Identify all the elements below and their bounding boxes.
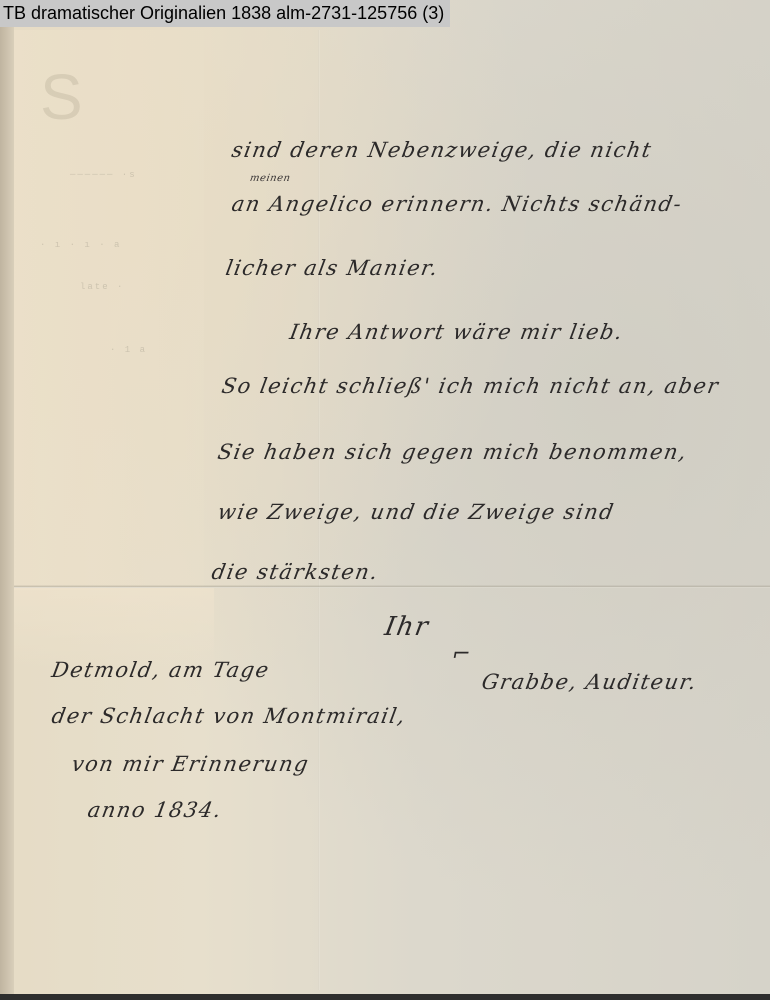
bleed-through-text: ────── ·s — [70, 170, 137, 180]
watermark-letter: S — [40, 60, 83, 134]
place-date-line-4: anno 1834. — [86, 798, 224, 822]
bleed-through-text: · 1 a — [110, 345, 147, 355]
letter-line-6: Sie haben sich gegen mich benommen, — [216, 440, 690, 464]
letter-line-2: an Angelico erinnern. Nichts schänd- — [230, 192, 685, 216]
window-title: TB dramatischer Originalien 1838 alm-273… — [0, 0, 450, 27]
paper-discoloration-lower — [14, 588, 214, 668]
scanned-letter-page: S ────── ·s · ı · ı · a late · · 1 a sin… — [0, 0, 770, 1000]
scan-bottom-edge — [0, 994, 770, 1000]
place-date-line-1: Detmold, am Tage — [50, 658, 272, 682]
bleed-through-text: · ı · ı · a — [40, 240, 121, 250]
interlinear-insertion: meinen — [249, 173, 291, 184]
bleed-through-text: late · — [80, 282, 124, 292]
letter-line-4: Ihre Antwort wäre mir lieb. — [288, 320, 626, 344]
place-date-line-2: der Schlacht von Montmirail, — [50, 704, 408, 728]
signature: Grabbe, Auditeur. — [480, 670, 699, 694]
letter-line-5: So leicht schließ' ich mich nicht an, ab… — [220, 374, 721, 398]
letter-line-3: licher als Manier. — [224, 256, 441, 280]
letter-closing: Ihr — [382, 612, 431, 642]
letter-line-8: die stärksten. — [210, 560, 381, 584]
letter-line-7: wie Zweige, und die Zweige sind — [216, 500, 617, 524]
place-date-line-3: von mir Erinnerung — [70, 752, 311, 776]
letter-line-1: sind deren Nebenzweige, die nicht — [230, 138, 654, 162]
page-edge-shadow — [0, 0, 14, 1000]
signature-bracket: ⌐ — [450, 642, 474, 667]
horizontal-fold-line — [14, 585, 770, 588]
